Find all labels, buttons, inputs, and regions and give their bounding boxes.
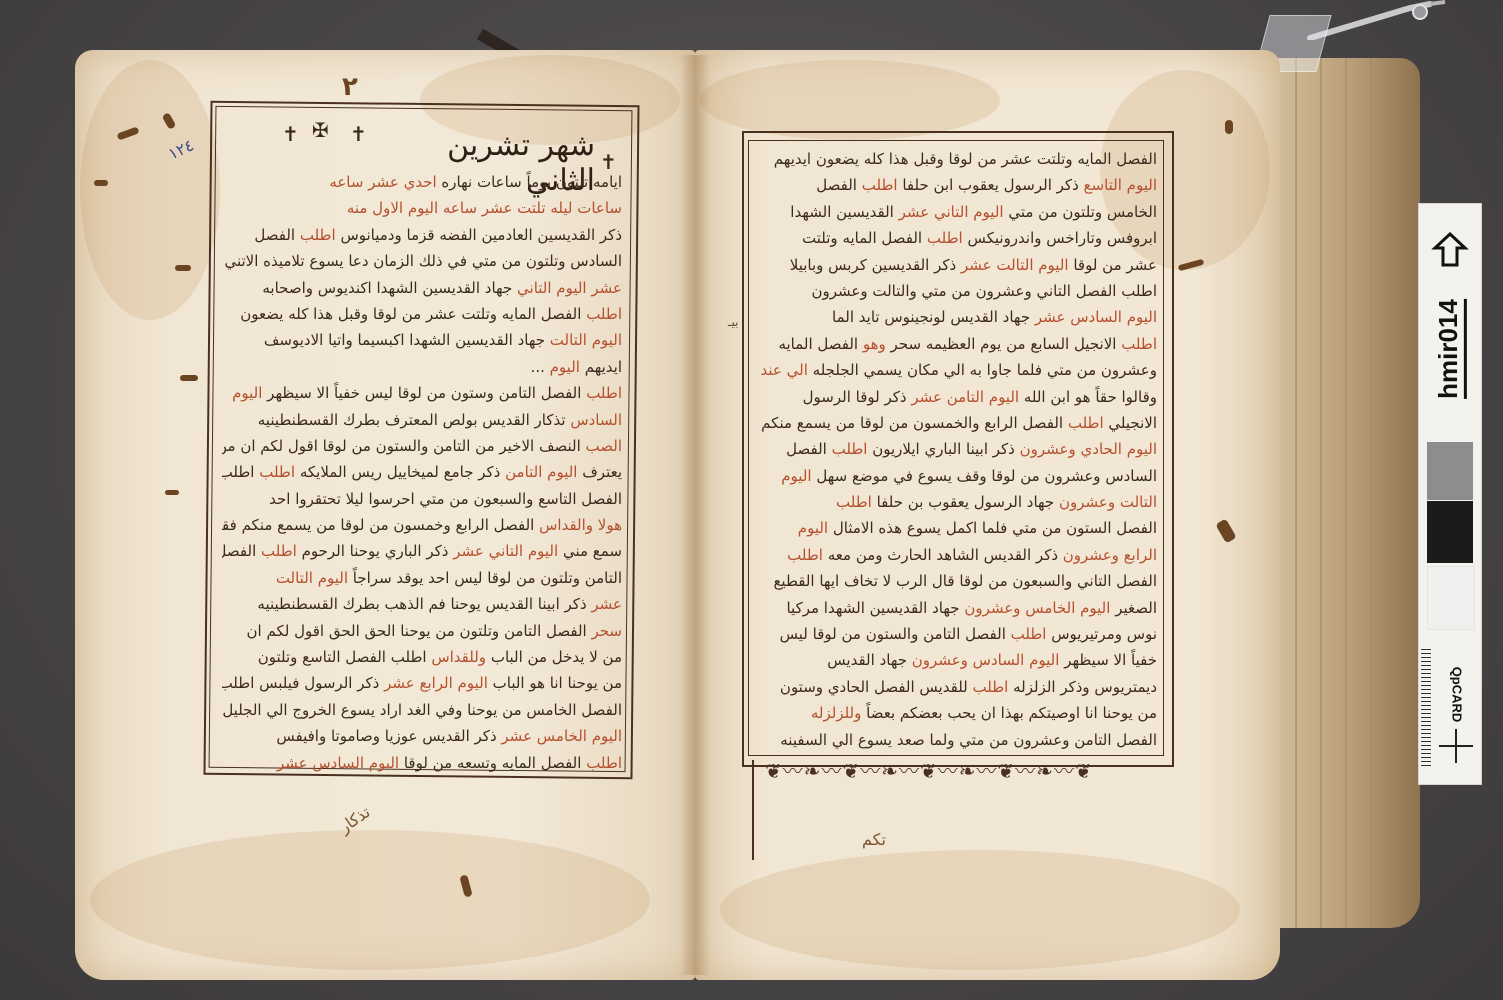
- body-text: ذكر الرسول فيلبس اطلب: [222, 674, 384, 692]
- margin-fragment: بيـ: [728, 315, 738, 329]
- body-text: الفصل التاني والسبعون من لوقا قال الرب ل…: [773, 572, 1157, 590]
- rubric-text: التالت وعشرون: [1059, 493, 1157, 511]
- rubric-text: السادس: [570, 411, 622, 429]
- body-text: الفصل التامن وتلتون من يوحنا الحق الحق ا…: [247, 622, 592, 640]
- body-text: الفصل الستون من متي فلما اكمل يسوع هذه ا…: [828, 519, 1157, 537]
- body-text: السادس وعشرون من لوقا وقف يسوع في موضع س…: [812, 467, 1157, 485]
- text-line: اليوم الحادي وعشرون ذكر ابينا الباري ايل…: [757, 437, 1157, 463]
- rubric-text: اطلب: [973, 678, 1009, 696]
- rubric-text: اطلب: [836, 493, 872, 511]
- quire-mark: ٢: [342, 72, 358, 102]
- body-text: ذكر الرسول يعقوب ابن حلفا: [898, 176, 1084, 194]
- body-text: الفصل: [254, 226, 299, 244]
- left-page-text: ايامه تلتون يوماً ساعات نهاره احدي عشر س…: [222, 170, 622, 777]
- swatch-white: [1427, 566, 1475, 630]
- rubric-text: اليوم السادس وعشرون: [912, 651, 1060, 669]
- text-line: الصب النصف الاخير من التامن والستون من ل…: [222, 434, 622, 460]
- text-line: الصغير اليوم الخامس وعشرون جهاد القديسين…: [757, 596, 1157, 622]
- body-text: نوس ومرتيريوس: [1046, 625, 1157, 643]
- rubric-text: سحر: [591, 622, 622, 640]
- rubric-text: اطلب: [586, 754, 622, 772]
- rubric-text: اليوم السادس عشر: [277, 754, 399, 772]
- rubric-text: هولا والقداس: [539, 516, 622, 534]
- rubric-text: اليوم الاول منه: [347, 199, 438, 217]
- body-text: ذكر ابينا الباري ايلاريون: [867, 440, 1019, 458]
- body-text: ديمتريوس وذكر الزلزله: [1008, 678, 1157, 696]
- worm-hole: [1225, 120, 1233, 134]
- body-text: الفصل: [786, 440, 831, 458]
- text-line: السادس وتلتون من متي في ذلك الزمان دعا ي…: [222, 249, 622, 275]
- body-text: ايديهم: [580, 358, 622, 376]
- text-line: وعشرون من متي فلما جاوا به الي مكان يسمي…: [757, 358, 1157, 384]
- text-line: الفصل الستون من متي فلما اكمل يسوع هذه ا…: [757, 516, 1157, 542]
- rubric-text: اطلب: [300, 226, 336, 244]
- text-line: ابروفس وتاراخس واندرونيكس اطلب الفصل الم…: [757, 226, 1157, 252]
- body-text: وقالوا حقاً هو ابن الله: [1019, 388, 1157, 406]
- rubric-text: عشر: [587, 279, 622, 297]
- text-line: السادس تذكار القديس بولص المعترف بطرك ال…: [222, 408, 622, 434]
- text-line: التالت وعشرون جهاد الرسول يعقوب بن حلفا …: [757, 490, 1157, 516]
- cross-ornament-icon: ✠: [312, 118, 329, 142]
- rubric-text: احدي عشر ساعه: [329, 173, 436, 191]
- rubric-text: اليوم التالت: [550, 331, 622, 349]
- rubric-text: اليوم التاني عشر: [899, 203, 1004, 221]
- body-text: ذكر جامع لميخاييل ريس الملايكه: [295, 463, 505, 481]
- body-text: ذكر ابينا القديس يوحنا فم الذهب بطرك الق…: [257, 595, 591, 613]
- card-label: hmir014: [1423, 279, 1477, 419]
- body-text: ذكر القديسين كربس وبابيلا: [790, 256, 961, 274]
- body-text: ذكر القديس الشاهد الحارث ومن معه: [823, 546, 1063, 564]
- body-text: ابروفس وتاراخس واندرونيكس: [963, 229, 1157, 247]
- body-text: الفصل المايه وتسعه من لوقا: [399, 754, 586, 772]
- text-line: التامن وتلتون من لوقا ليس احد يوقد سراجا…: [222, 566, 622, 592]
- book-gutter: [680, 55, 710, 975]
- rubric-text: اليوم الرابع عشر: [384, 674, 488, 692]
- body-text: النصف الاخير من التامن والستون من لوقا ا…: [222, 437, 586, 455]
- text-line: اليوم التاسع ذكر الرسول يعقوب ابن حلفا ا…: [757, 173, 1157, 199]
- body-text: جهاد القديسين الشهدا مركيا: [786, 599, 964, 617]
- rubric-text: اليوم الخامس عشر: [501, 727, 622, 745]
- text-line: نوس ومرتيريوس اطلب الفصل التامن والستون …: [757, 622, 1157, 648]
- rubric-text: اطلب: [787, 546, 823, 564]
- body-text: ...: [531, 358, 550, 376]
- body-text: الخامس وتلتون من متي: [1004, 203, 1157, 221]
- text-line: الرابع وعشرون ذكر القديس الشاهد الحارث و…: [757, 543, 1157, 569]
- rubric-text: اليوم التاني: [517, 279, 587, 297]
- rubric-text: اليوم: [550, 358, 580, 376]
- body-text: ذكر لوقا الرسول: [803, 388, 912, 406]
- rubric-text: اليوم: [781, 467, 811, 485]
- body-text: وعشرون من متي فلما جاوا به الي مكان يسمي…: [808, 361, 1157, 379]
- text-line: خفياً الا سيظهر اليوم السادس وعشرون جهاد…: [757, 648, 1157, 674]
- text-line: الفصل المايه وتلتت عشر من لوقا وقبل هذا …: [757, 147, 1157, 173]
- body-text: اطلب: [222, 463, 259, 481]
- body-text: الفصل التامن وستون من لوقا ليس خفياً الا…: [262, 384, 586, 402]
- rubric-text: وهو: [863, 335, 886, 353]
- body-text: الصغير: [1110, 599, 1157, 617]
- rubric-text: اليوم التالت: [276, 569, 348, 587]
- rubric-text: اطلب: [862, 176, 898, 194]
- swatch-grey: [1427, 442, 1473, 500]
- rubric-text: اليوم التالت عشر: [961, 256, 1069, 274]
- body-text: يعترف: [577, 463, 622, 481]
- rubric-text: اليوم الخامس وعشرون: [964, 599, 1110, 617]
- worm-hole: [180, 375, 198, 381]
- body-text: الفصل: [222, 542, 261, 560]
- text-line: ايديهم اليوم ...: [222, 355, 622, 381]
- water-stain: [80, 60, 220, 320]
- body-text: الفصل التاسع والسبعون من متي احرسوا ليلا…: [269, 490, 622, 508]
- water-stain: [720, 850, 1240, 970]
- worm-hole: [175, 265, 191, 271]
- body-text: جهاد القديس: [827, 651, 911, 669]
- rubric-text: اليوم التاني عشر: [453, 542, 558, 560]
- body-text: جهاد القديس لونجينوس تايد الما: [832, 308, 1035, 326]
- rubric-text: اليوم الحادي وعشرون: [1020, 440, 1157, 458]
- text-line: عشر من لوقا اليوم التالت عشر ذكر القديسي…: [757, 253, 1157, 279]
- text-line: السادس وعشرون من لوقا وقف يسوع في موضع س…: [757, 464, 1157, 490]
- text-line: اطلب الفصل المايه وتسعه من لوقا اليوم ال…: [222, 751, 622, 777]
- body-text: الفصل المايه: [778, 335, 862, 353]
- text-line: اليوم السادس عشر جهاد القديس لونجينوس تا…: [757, 305, 1157, 331]
- rubric-text: اطلب: [259, 463, 295, 481]
- body-text: الفصل المايه وتلتت: [802, 229, 927, 247]
- swatch-black: [1427, 501, 1473, 563]
- body-text: من يوحنا انا هو الباب: [488, 674, 622, 692]
- decorative-band: ❦〰❧〰❦〰❧〰❦〰❧〰❦〰❧〰❦: [765, 755, 1160, 787]
- body-text: التامن وتلتون من لوقا ليس احد يوقد سراجا…: [348, 569, 622, 587]
- text-line: يعترف اليوم التامن ذكر جامع لميخاييل ريس…: [222, 460, 622, 486]
- body-text: للقديس الفصل الحادي وستون: [780, 678, 973, 696]
- body-text: الفصل التامن وعشرون من متي ولما صعد يسوع…: [780, 731, 1157, 749]
- body-text: الفصل: [816, 176, 861, 194]
- text-line: اطلب الانجيل السابع من يوم العظيمه سحر و…: [757, 332, 1157, 358]
- body-text: الانجيلي: [1104, 414, 1157, 432]
- text-line: سحر الفصل التامن وتلتون من يوحنا الحق ال…: [222, 619, 622, 645]
- body-text: عشر من لوقا: [1069, 256, 1157, 274]
- text-line: الفصل التاني والسبعون من لوقا قال الرب ل…: [757, 569, 1157, 595]
- text-line: اليوم التالت جهاد القديسين الشهدا اكبسيم…: [222, 328, 622, 354]
- color-calibration-card: hmir014 QpCARD: [1418, 203, 1482, 785]
- body-text: جهاد القديسين الشهدا اكبسيما واتيا الادي…: [264, 331, 550, 349]
- rubric-text: الصب: [586, 437, 622, 455]
- rubric-text: اليوم التامن: [505, 463, 577, 481]
- rubric-text: اطلب: [1068, 414, 1104, 432]
- text-line: الفصل الخامس من يوحنا وفي الغد اراد يسوع…: [222, 698, 622, 724]
- body-text: الانجيل السابع من يوم العظيمه سحر: [886, 335, 1121, 353]
- body-text: القديسين الشهدا: [790, 203, 898, 221]
- body-text: الفصل الخامس من يوحنا وفي الغد اراد يسوع…: [222, 701, 622, 719]
- text-line: عشر ذكر ابينا القديس يوحنا فم الذهب بطرك…: [222, 592, 622, 618]
- text-line: اليوم الخامس عشر ذكر القديس عوزيا وصاموت…: [222, 724, 622, 750]
- body-text: سمع مني: [558, 542, 622, 560]
- body-text: الفصل المايه وتلتت عشر من لوقا وقبل هذا …: [774, 150, 1157, 168]
- catchword: تكم: [862, 830, 886, 849]
- worm-hole: [165, 490, 179, 495]
- text-line: اطلب الفصل التاني وعشرون من متي والتالت …: [757, 279, 1157, 305]
- text-line: الفصل التامن وعشرون من متي ولما صعد يسوع…: [757, 728, 1157, 754]
- text-line: هولا والقداس الفصل الرابع وخمسون من لوقا…: [222, 513, 622, 539]
- text-line: الفصل التاسع والسبعون من متي احرسوا ليلا…: [222, 487, 622, 513]
- rubric-text: الرابع وعشرون: [1063, 546, 1157, 564]
- rubric-text: اطلب: [927, 229, 963, 247]
- body-text: جهاد الرسول يعقوب بن حلفا: [872, 493, 1059, 511]
- body-text: ذكر القديس عوزيا وصاموتا وافيفس: [276, 727, 501, 745]
- frame-rule-extension: [752, 760, 754, 860]
- brand-label: QpCARD: [1437, 659, 1477, 729]
- text-line: عشر اليوم التاني جهاد القديسين الشهدا اك…: [222, 276, 622, 302]
- rubric-text: وللزلزله: [811, 704, 862, 722]
- body-text: اطلب الفصل التاسع وتلتون: [258, 648, 432, 666]
- cross-icon: ✝: [282, 122, 299, 146]
- rubric-text: عشر: [591, 595, 622, 613]
- rubric-text: الي عند: [761, 361, 808, 379]
- body-text: ذكر القديسين العادمين الفضه قزما ودميانو…: [336, 226, 622, 244]
- body-text: الفصل التامن والستون من لوقا ليس: [780, 625, 1011, 643]
- text-line: من يوحنا انا اوصيتكم بهذا ان يحب بعضكم ب…: [757, 701, 1157, 727]
- body-text: ايامه تلتون يوماً ساعات نهاره: [437, 173, 622, 191]
- text-line: اطلب الفصل المايه وتلتت عشر من لوقا وقبل…: [222, 302, 622, 328]
- rubric-text: اليوم التاسع: [1084, 176, 1157, 194]
- rubric-text: اطلب: [1121, 335, 1157, 353]
- worm-hole: [94, 180, 108, 186]
- body-text: خفياً الا سيظهر: [1059, 651, 1157, 669]
- ruler-scale: [1421, 649, 1431, 767]
- body-text: من يوحنا انا اوصيتكم بهذا ان يحب بعضكم ب…: [861, 704, 1157, 722]
- water-stain: [90, 830, 650, 970]
- body-text: السادس وتلتون من متي في ذلك الزمان دعا ي…: [224, 252, 622, 270]
- rubric-text: اليوم السادس عشر: [1035, 308, 1157, 326]
- right-page-text: الفصل المايه وتلتت عشر من لوقا وقبل هذا …: [757, 147, 1157, 754]
- text-line: ذكر القديسين العادمين الفضه قزما ودميانو…: [222, 223, 622, 249]
- rubric-text: ساعات ليله تلتت عشر ساعه: [438, 199, 622, 217]
- text-line: الانجيلي اطلب الفصل الرابع والخمسون من ل…: [757, 411, 1157, 437]
- body-text: جهاد القديسين الشهدا اكنديوس واصحابه: [262, 279, 517, 297]
- rubric-text: اطلب: [586, 305, 622, 323]
- body-text: تذكار القديس بولص المعترف بطرك القسطنطين…: [258, 411, 571, 429]
- text-line: اطلب الفصل التامن وستون من لوقا ليس خفيا…: [222, 381, 622, 407]
- rubric-text: اطلب: [832, 440, 868, 458]
- body-text: الفصل الرابع والخمسون من لوقا من يسمع من…: [761, 414, 1068, 432]
- rubric-text: اليوم: [232, 384, 262, 402]
- rubric-text: اطلب: [261, 542, 297, 560]
- body-text: اطلب الفصل التاني وعشرون من متي والتالت …: [812, 282, 1158, 300]
- text-line: وقالوا حقاً هو ابن الله اليوم التامن عشر…: [757, 385, 1157, 411]
- text-line: ديمتريوس وذكر الزلزله اطلب للقديس الفصل …: [757, 675, 1157, 701]
- body-text: ذكر الباري يوحنا الرحوم: [297, 542, 453, 560]
- rubric-text: اليوم التامن عشر: [911, 388, 1019, 406]
- rubric-text: اطلب: [1011, 625, 1047, 643]
- text-line: ساعات ليله تلتت عشر ساعه اليوم الاول منه: [222, 196, 622, 222]
- rubric-text: اليوم: [798, 519, 828, 537]
- text-line: ايامه تلتون يوماً ساعات نهاره احدي عشر س…: [222, 170, 622, 196]
- text-line: من لا يدخل من الباب وللقداس اطلب الفصل ا…: [222, 645, 622, 671]
- body-text: من لا يدخل من الباب: [486, 648, 622, 666]
- crosshair-icon: [1439, 729, 1473, 763]
- body-text: الفصل المايه وتلتت عشر من لوقا وقبل هذا …: [240, 305, 586, 323]
- text-line: من يوحنا انا هو الباب اليوم الرابع عشر ذ…: [222, 671, 622, 697]
- rubric-text: وللقداس: [431, 648, 486, 666]
- text-line: سمع مني اليوم التاني عشر ذكر الباري يوحن…: [222, 539, 622, 565]
- water-stain: [700, 60, 1000, 140]
- text-line: الخامس وتلتون من متي اليوم التاني عشر ال…: [757, 200, 1157, 226]
- body-text: الفصل الرابع وخمسون من لوقا من يسمع منكم…: [222, 516, 539, 534]
- up-arrow-icon: [1431, 232, 1469, 268]
- cross-icon: ✝: [350, 122, 367, 146]
- rubric-text: اطلب: [586, 384, 622, 402]
